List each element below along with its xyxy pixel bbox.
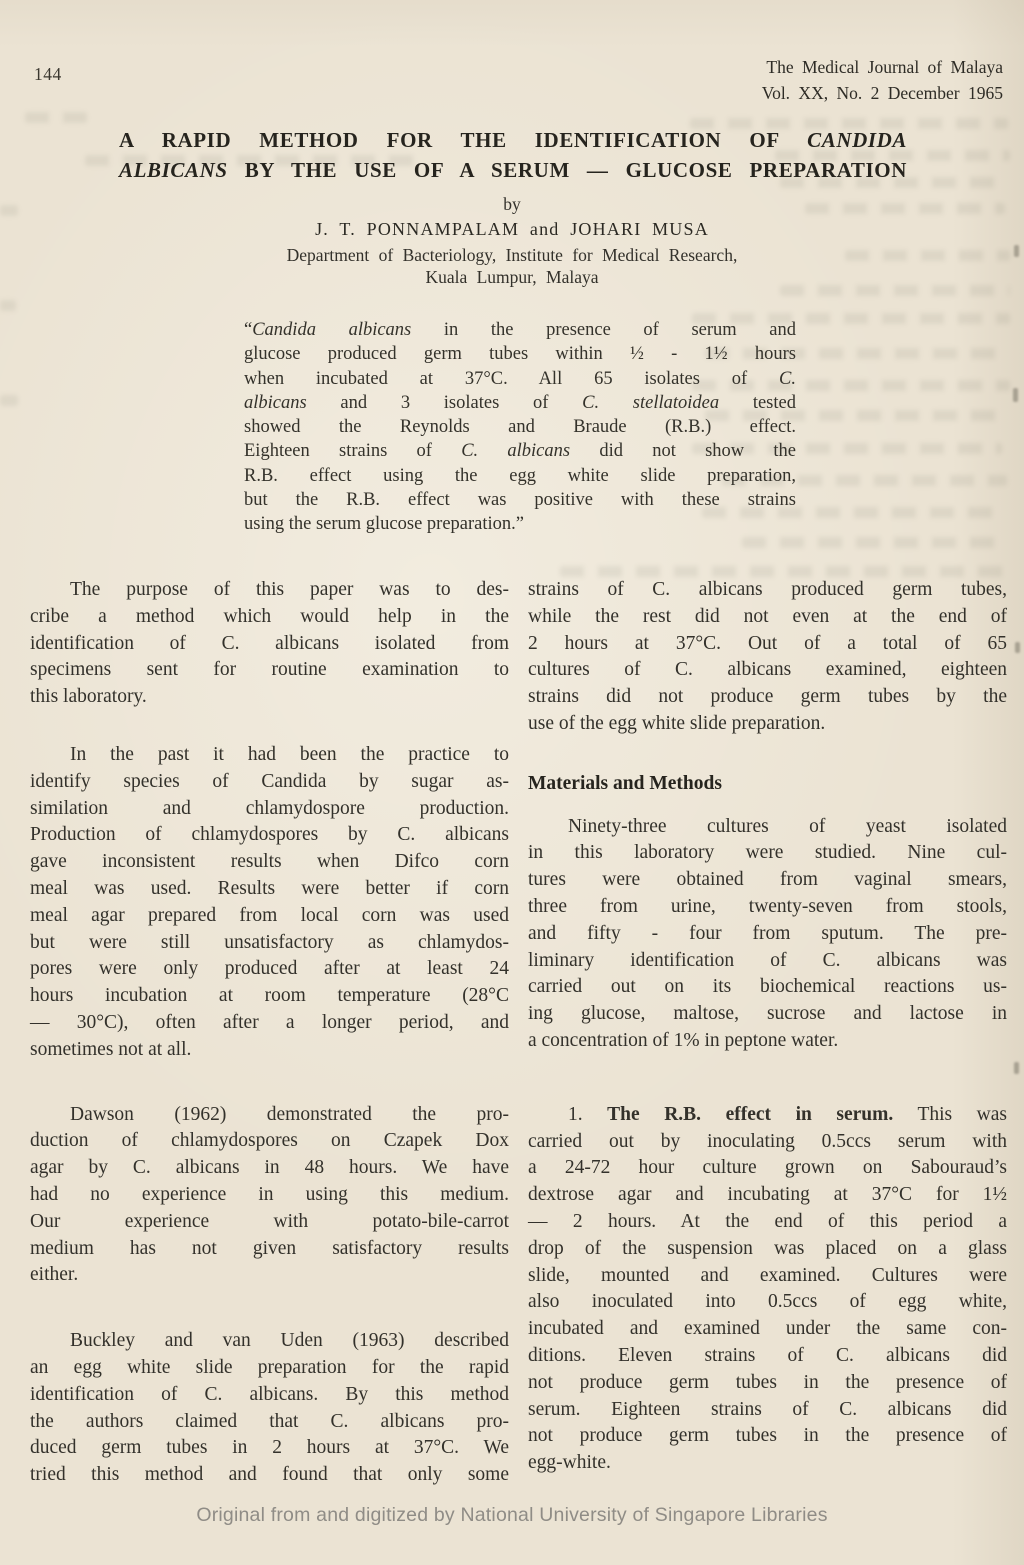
- bleedthrough-mark: [0, 300, 16, 311]
- body-columns: The purpose of this paper was to des- cr…: [30, 577, 1008, 1489]
- text-line: dextrose agar and incubating at 37°C for…: [528, 1182, 1007, 1209]
- text-line: Eighteen strains of C. albicans did not …: [244, 439, 796, 463]
- text-line: a concentration of 1% in peptone water.: [528, 1028, 1007, 1055]
- text-line: carried out on its biochemical reactions…: [528, 974, 1007, 1001]
- paragraph: Ninety-three cultures of yeast isolated …: [528, 814, 1007, 1055]
- text-line: In the past it had been the practice to: [30, 742, 509, 769]
- paragraph: In the past it had been the practice to …: [30, 742, 509, 1064]
- text-line: strains did not produce germ tubes by th…: [528, 684, 1007, 711]
- text-line: but were still unsatisfactory as chlamyd…: [30, 930, 509, 957]
- text-line: egg-white.: [528, 1450, 1007, 1477]
- text-line: agar by C. albicans in 48 hours. We have: [30, 1155, 509, 1182]
- bleedthrough-mark: [0, 395, 18, 406]
- text-line: “Candida albicans in the presence of ser…: [244, 318, 796, 342]
- bleedthrough-mark: [742, 537, 1007, 548]
- paragraph: Dawson (1962) demonstrated the pro- duct…: [30, 1102, 509, 1290]
- text-line: hours incubation at room temperature (28…: [30, 983, 509, 1010]
- text-line: when incubated at 37°C. All 65 isolates …: [244, 367, 796, 391]
- text-line: showed the Reynolds and Braude (R.B.) ef…: [244, 415, 796, 439]
- affiliation-line: Department of Bacteriology, Institute fo…: [0, 245, 1024, 266]
- text-line: identification of C. albicans. By this m…: [30, 1382, 509, 1409]
- title-line: A RAPID METHOD FOR THE IDENTIFICATION OF…: [119, 126, 907, 156]
- text-line: use of the egg white slide preparation.: [528, 711, 1007, 738]
- text-line: identify species of Candida by sugar as-: [30, 769, 509, 796]
- paragraph: Buckley and van Uden (1963) described an…: [30, 1328, 509, 1489]
- text-line: not produce germ tubes in the presence o…: [528, 1423, 1007, 1450]
- text-line: drop of the suspension was placed on a g…: [528, 1236, 1007, 1263]
- text-line: this laboratory.: [30, 684, 509, 711]
- text-line: duced germ tubes in 2 hours at 37°C. We: [30, 1435, 509, 1462]
- bleedthrough-mark: [560, 566, 1005, 577]
- bleedthrough-mark: [25, 112, 87, 123]
- text-line: 2 hours at 37°C. Out of a total of 65: [528, 631, 1007, 658]
- text-line: similation and chlamydospore production.: [30, 796, 509, 823]
- text-line: medium has not given satisfactory result…: [30, 1236, 509, 1263]
- text-line: slide, mounted and examined. Cultures we…: [528, 1263, 1007, 1290]
- text-line: incubated and examined under the same co…: [528, 1316, 1007, 1343]
- section-heading: Materials and Methods: [528, 771, 1007, 798]
- title-line: ALBICANS BY THE USE OF A SERUM — GLUCOSE…: [119, 156, 907, 186]
- digitization-credit: Original from and digitized by National …: [0, 1504, 1024, 1527]
- page-number: 144: [34, 64, 62, 85]
- left-column: The purpose of this paper was to des- cr…: [30, 577, 509, 1489]
- text-line: not produce germ tubes in the presence o…: [528, 1370, 1007, 1397]
- text-line: using the serum glucose preparation.”: [244, 512, 796, 536]
- text-line: cultures of C. albicans examined, eighte…: [528, 657, 1007, 684]
- text-line: Production of chlamydospores by C. albic…: [30, 822, 509, 849]
- journal-header: The Medical Journal of Malaya Vol. XX, N…: [762, 54, 1003, 106]
- byline: by: [0, 194, 1024, 215]
- text-line: albicans and 3 isolates of C. stellatoid…: [244, 391, 796, 415]
- text-line: identification of C. albicans isolated f…: [30, 631, 509, 658]
- text-line: also inoculated into 0.5ccs of egg white…: [528, 1289, 1007, 1316]
- text-line: Ninety-three cultures of yeast isolated: [528, 814, 1007, 841]
- paragraph: The purpose of this paper was to des- cr…: [30, 577, 509, 711]
- text-line: carried out by inoculating 0.5ccs serum …: [528, 1129, 1007, 1156]
- text-line: cribe a method which would help in the: [30, 604, 509, 631]
- text-line: Our experience with potato-bile-carrot: [30, 1209, 509, 1236]
- text-line: liminary identification of C. albicans w…: [528, 948, 1007, 975]
- scan-edge-mark: [1014, 1062, 1019, 1074]
- text-line: ing glucose, maltose, sucrose and lactos…: [528, 1001, 1007, 1028]
- text-line: a 24-72 hour culture grown on Sabouraud’…: [528, 1155, 1007, 1182]
- text-line: meal agar prepared from local corn was u…: [30, 903, 509, 930]
- text-line: while the rest did not even at the end o…: [528, 604, 1007, 631]
- affiliation-line: Kuala Lumpur, Malaya: [0, 267, 1024, 288]
- text-line: — 2 hours. At the end of this period a: [528, 1209, 1007, 1236]
- right-column: strains of C. albicans produced germ tub…: [528, 577, 1007, 1489]
- authors: J. T. PONNAMPALAM and JOHARI MUSA: [0, 219, 1024, 240]
- text-line: but the R.B. effect was positive with th…: [244, 488, 796, 512]
- text-line: pores were only produced after at least …: [30, 956, 509, 983]
- text-line: Buckley and van Uden (1963) described: [30, 1328, 509, 1355]
- text-line: serum. Eighteen strains of C. albicans d…: [528, 1397, 1007, 1424]
- text-line: strains of C. albicans produced germ tub…: [528, 577, 1007, 604]
- text-line: R.B. effect using the egg white slide pr…: [244, 464, 796, 488]
- text-line: The purpose of this paper was to des-: [30, 577, 509, 604]
- text-line: sometimes not at all.: [30, 1037, 509, 1064]
- text-line: had no experience in using this medium.: [30, 1182, 509, 1209]
- journal-issue: Vol. XX, No. 2 December 1965: [762, 80, 1003, 106]
- text-line: meal was used. Results were better if co…: [30, 876, 509, 903]
- text-line: — 30°C), often after a longer period, an…: [30, 1010, 509, 1037]
- article-title: A RAPID METHOD FOR THE IDENTIFICATION OF…: [119, 126, 907, 185]
- scan-edge-mark: [1013, 388, 1018, 402]
- text-line: tried this method and found that only so…: [30, 1462, 509, 1489]
- text-line: three from urine, twenty-seven from stoo…: [528, 894, 1007, 921]
- text-line: duction of chlamydospores on Czapek Dox: [30, 1128, 509, 1155]
- abstract: “Candida albicans in the presence of ser…: [244, 318, 796, 537]
- text-line: an egg white slide preparation for the r…: [30, 1355, 509, 1382]
- text-line: specimens sent for routine examination t…: [30, 657, 509, 684]
- text-line: ditions. Eleven strains of C. albicans d…: [528, 1343, 1007, 1370]
- paragraph: strains of C. albicans produced germ tub…: [528, 577, 1007, 738]
- scan-edge-mark: [1015, 642, 1020, 653]
- text-line: Dawson (1962) demonstrated the pro-: [30, 1102, 509, 1129]
- text-line: the authors claimed that C. albicans pro…: [30, 1409, 509, 1436]
- text-line: and fifty - four from sputum. The pre-: [528, 921, 1007, 948]
- text-line: tures were obtained from vaginal smears,: [528, 867, 1007, 894]
- scanned-journal-page: 144 The Medical Journal of Malaya Vol. X…: [0, 0, 1024, 1565]
- text-line: gave inconsistent results when Difco cor…: [30, 849, 509, 876]
- journal-name: The Medical Journal of Malaya: [762, 54, 1003, 80]
- text-line: either.: [30, 1262, 509, 1289]
- text-line: 1. The R.B. effect in serum. This was: [528, 1102, 1007, 1129]
- paragraph: 1. The R.B. effect in serum. This was ca…: [528, 1102, 1007, 1477]
- text-line: glucose produced germ tubes within ½ - 1…: [244, 342, 796, 366]
- text-line: in this laboratory were studied. Nine cu…: [528, 840, 1007, 867]
